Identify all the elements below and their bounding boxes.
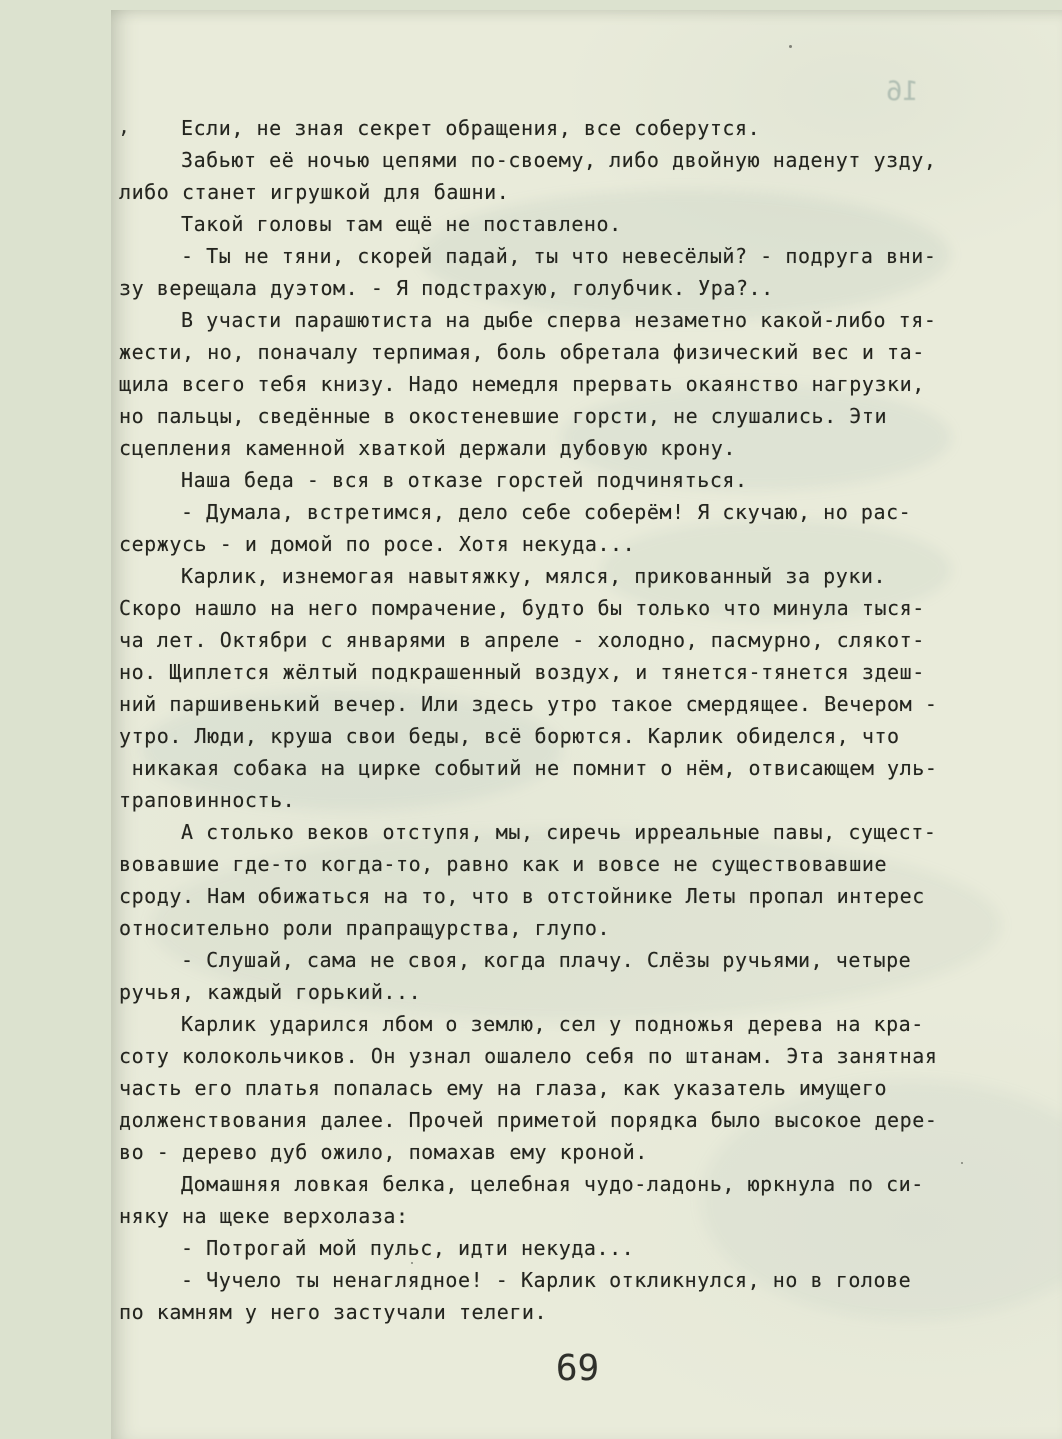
- text-line: траповинность.: [119, 784, 979, 816]
- text-line: - Чучело ты ненаглядное! - Карлик отклик…: [119, 1264, 979, 1296]
- text-line: вовавшие где-то когда-то, равно как и во…: [119, 848, 979, 880]
- text-line: долженствования далее. Прочей приметой п…: [119, 1104, 979, 1136]
- text-line: В участи парашютиста на дыбе сперва неза…: [119, 304, 979, 336]
- text-line: сержусь - и домой по росе. Хотя некуда..…: [119, 528, 979, 560]
- text-line: по камням у него застучали телеги.: [119, 1296, 979, 1328]
- text-line: няку на щеке верхолаза:: [119, 1200, 979, 1232]
- page-number: 69: [111, 1348, 1062, 1389]
- text-line: но пальцы, сведённые в окостеневшие горс…: [119, 400, 979, 432]
- text-line: часть его платья попалась ему на глаза, …: [119, 1072, 979, 1104]
- scanned-page: 16 , Если, не зная секрет обращения, все…: [111, 10, 1062, 1439]
- text-line: жести, но, поначалу терпимая, боль обрет…: [119, 336, 979, 368]
- text-line: сроду. Нам обижаться на то, что в отстой…: [119, 880, 979, 912]
- text-line: Если, не зная секрет обращения, все собе…: [119, 112, 979, 144]
- scan-background: { "document": { "language": "ru", "page_…: [0, 0, 1062, 1439]
- text-line: Такой головы там ещё не поставлено.: [119, 208, 979, 240]
- paper-speck: [789, 45, 792, 48]
- text-line: утро. Люди, круша свои беды, всё борются…: [119, 720, 979, 752]
- text-line: Домашняя ловкая белка, целебная чудо-лад…: [119, 1168, 979, 1200]
- text-line: Наша беда - вся в отказе горстей подчиня…: [119, 464, 979, 496]
- text-line: сцепления каменной хваткой держали дубов…: [119, 432, 979, 464]
- text-line: ча лет. Октябри с январями в апреле - хо…: [119, 624, 979, 656]
- text-line: никакая собака на цирке событий не помни…: [119, 752, 979, 784]
- text-line: но. Щиплется жёлтый подкрашенный воздух,…: [119, 656, 979, 688]
- page-text: Если, не зная секрет обращения, все собе…: [119, 112, 979, 1328]
- text-line: либо станет игрушкой для башни.: [119, 176, 979, 208]
- text-line: А столько веков отступя, мы, сиречь ирре…: [119, 816, 979, 848]
- text-line: во - дерево дуб ожило, помахав ему кроно…: [119, 1136, 979, 1168]
- bleedthrough-page-number: 16: [886, 76, 919, 107]
- text-line: - Думала, встретимся, дело себе соберём!…: [119, 496, 979, 528]
- text-line: - Ты не тяни, скорей падай, ты что невес…: [119, 240, 979, 272]
- text-line: зу верещала дуэтом. - Я подстрахую, голу…: [119, 272, 979, 304]
- text-line: ручья, каждый горький...: [119, 976, 979, 1008]
- text-line: - Потрогай мой пульс, идти некуда...: [119, 1232, 979, 1264]
- text-line: Карлик ударился лбом о землю, сел у подн…: [119, 1008, 979, 1040]
- text-line: Скоро нашло на него помрачение, будто бы…: [119, 592, 979, 624]
- text-line: Забьют её ночью цепями по-своему, либо д…: [119, 144, 979, 176]
- text-line: относительно роли прапращурства, глупо.: [119, 912, 979, 944]
- text-line: Карлик, изнемогая навытяжку, мялся, прик…: [119, 560, 979, 592]
- text-line: щила всего тебя книзу. Надо немедля прер…: [119, 368, 979, 400]
- text-line: - Слушай, сама не своя, когда плачу. Слё…: [119, 944, 979, 976]
- text-line: соту колокольчиков. Он узнал ошалело себ…: [119, 1040, 979, 1072]
- text-line: ний паршивенький вечер. Или здесь утро т…: [119, 688, 979, 720]
